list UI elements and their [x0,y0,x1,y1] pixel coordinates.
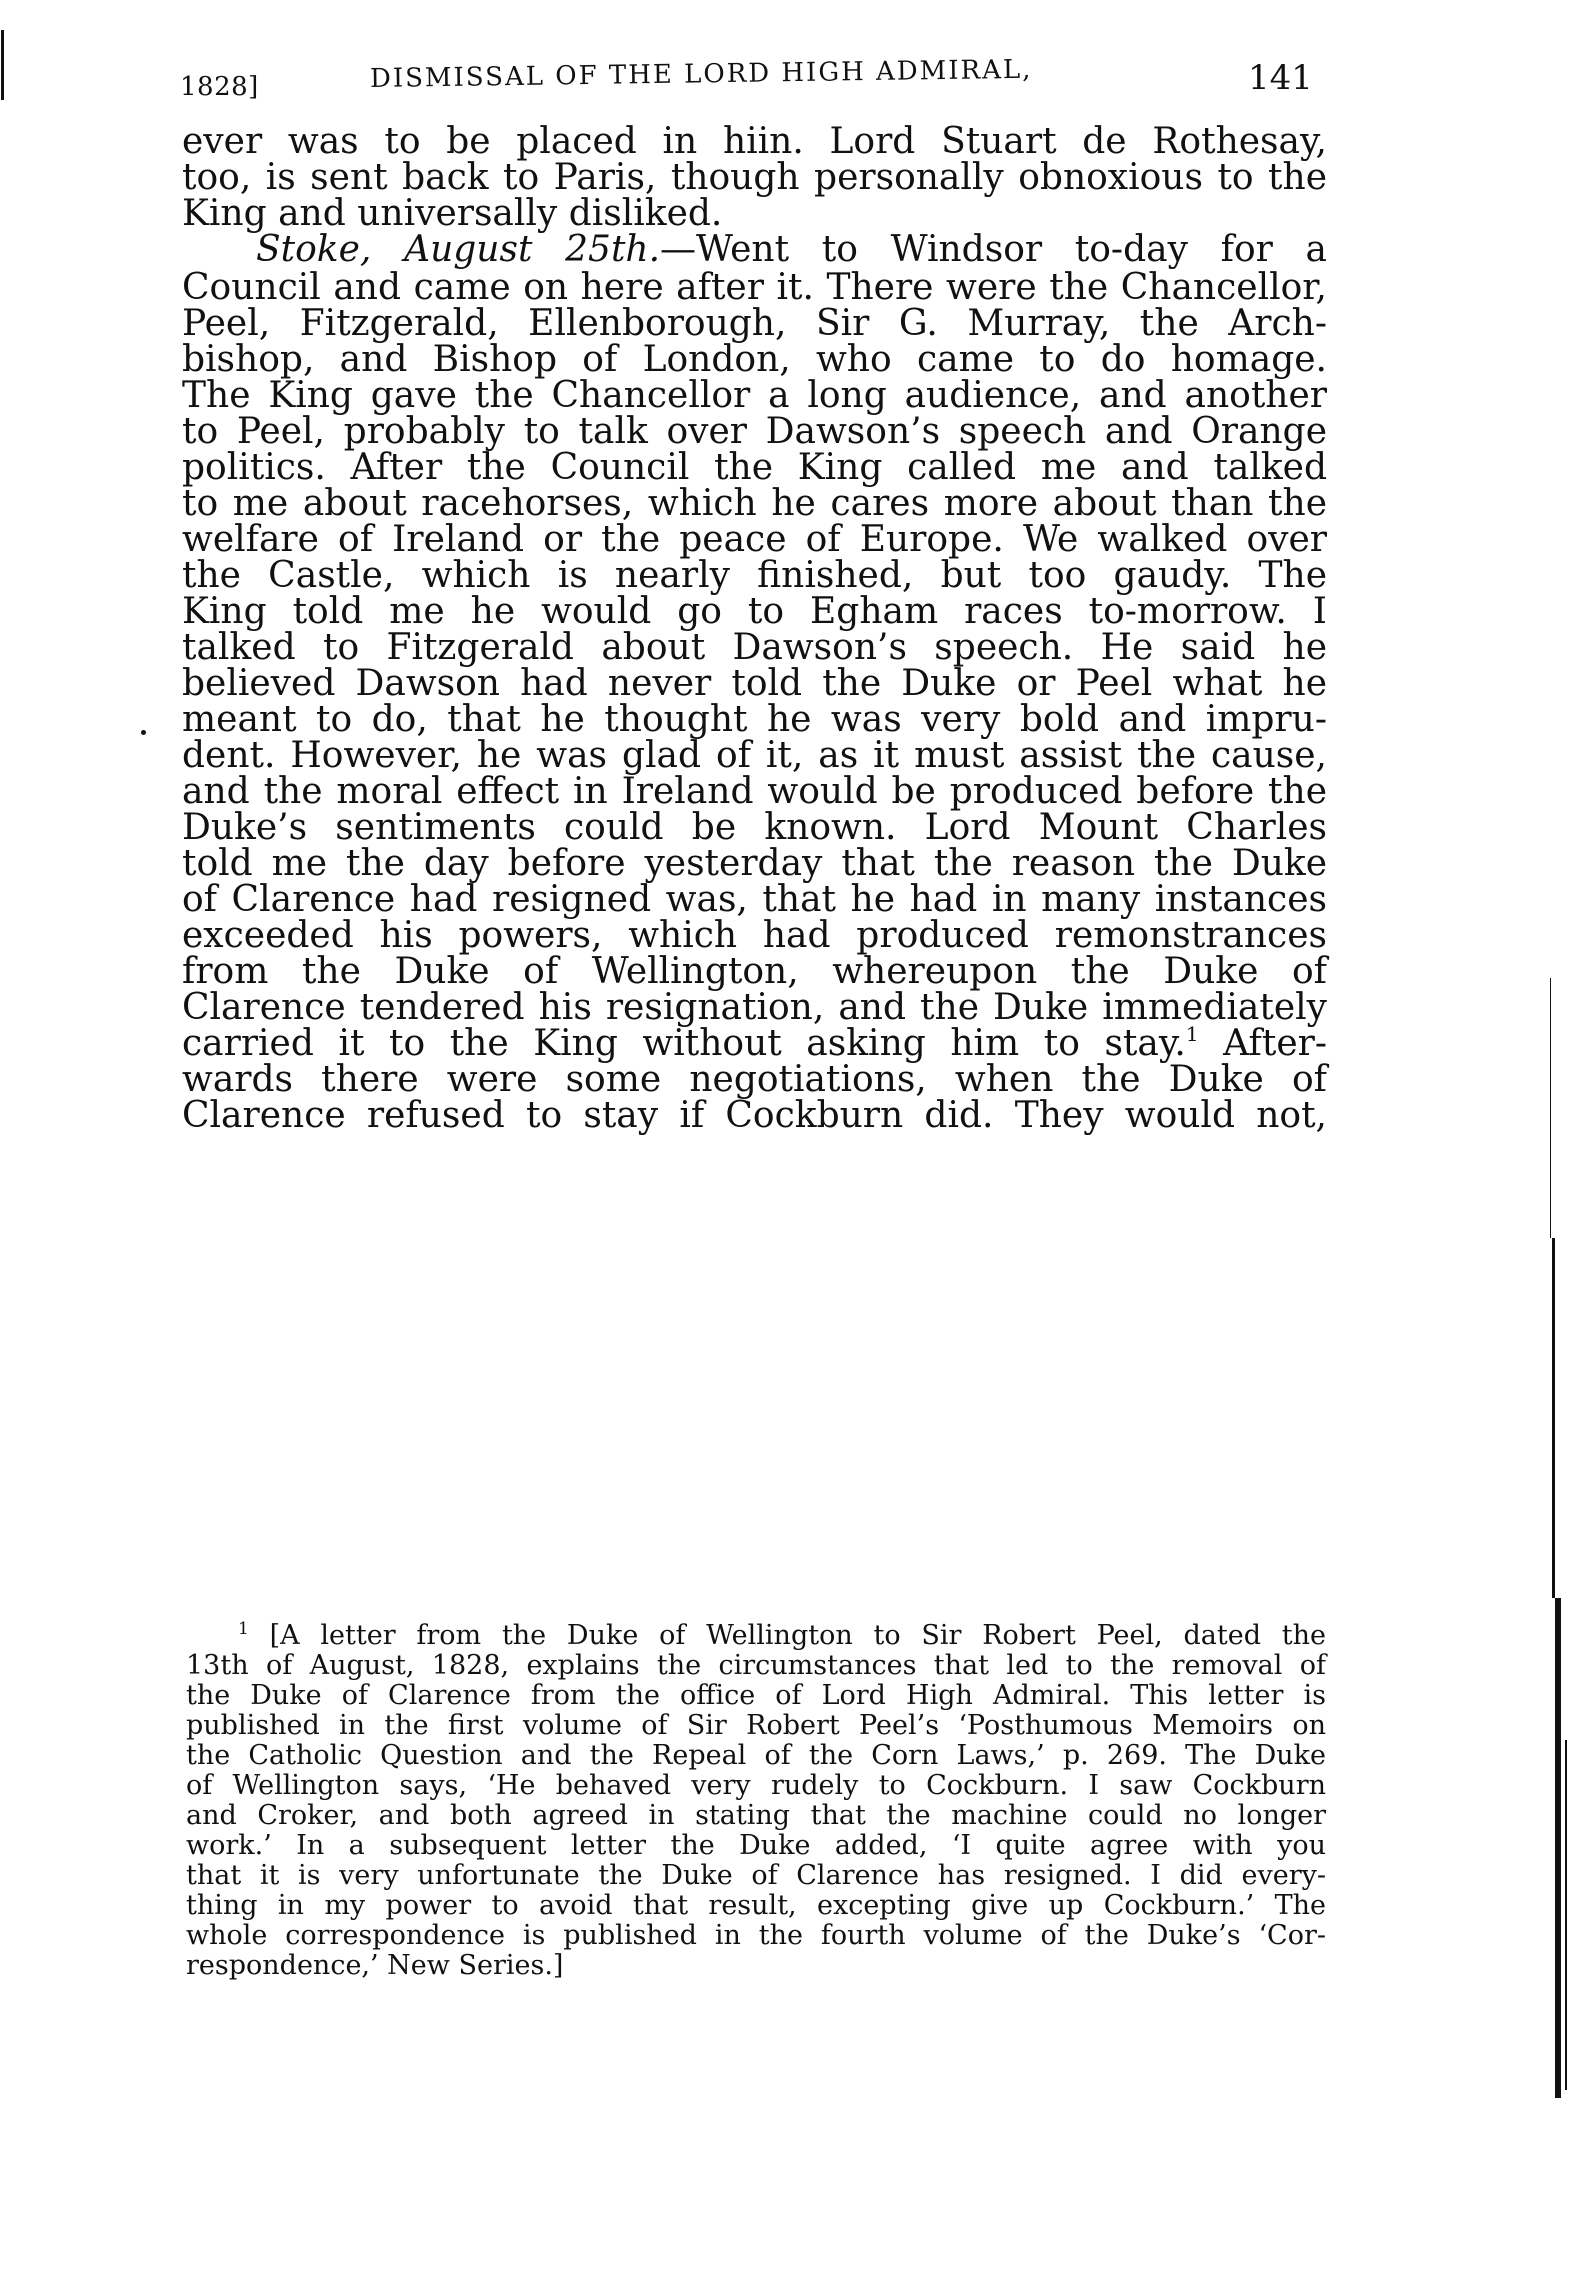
footnote-line: that it is very unfortunate the Duke of … [186,1860,1326,1892]
text-span: —Went to Windsor to-day for a [660,229,1327,270]
footnote-line: 1 [A letter from the Duke of Wellington … [238,1620,1326,1652]
footnote-line: work.’ In a subsequent letter the Duke a… [186,1830,1326,1862]
page-number: 141 [1248,58,1313,98]
entry-place: Stoke, [256,229,371,270]
footnote-line: of Wellington says, ‘He behaved very rud… [186,1770,1326,1802]
header-year: 1828] [180,72,259,102]
page-edge-shadow [1555,1598,1561,2098]
footnote-reference[interactable]: 1 [1186,1022,1199,1046]
page-edge-shadow [1552,1238,1555,1598]
page-edge-shadow [1565,1740,1567,2090]
header-title: DISMISSAL OF THE LORD HIGH ADMIRAL, [370,55,1033,94]
footnote-line: the Duke of Clarence from the office of … [186,1680,1326,1712]
footnote-line: the Catholic Question and the Repeal of … [186,1740,1326,1772]
footnote-line: 13th of August, 1828, explains the circu… [186,1650,1326,1682]
footnote-line: whole correspondence is published in the… [186,1920,1326,1952]
text-line: Clarence refused to stay if Cockburn did… [182,1094,1327,1138]
page-edge-shadow [1550,978,1551,1238]
book-page: 1828] DISMISSAL OF THE LORD HIGH ADMIRAL… [0,0,1576,2274]
running-header: 1828] DISMISSAL OF THE LORD HIGH ADMIRAL… [0,58,1576,108]
footnote-line: published in the first volume of Sir Rob… [186,1710,1326,1742]
footnote-line: thing in my power to avoid that result, … [186,1890,1326,1922]
footnote-line: respondence,’ New Series.] [186,1950,1326,1982]
text-span: [A letter from the Duke of Wellington to… [270,1620,1326,1651]
footnote-marker: 1 [238,1619,249,1639]
footnote-line: and Croker, and both agreed in stating t… [186,1800,1326,1832]
entry-date: August 25th. [404,229,660,270]
margin-dot-mark [141,730,146,735]
